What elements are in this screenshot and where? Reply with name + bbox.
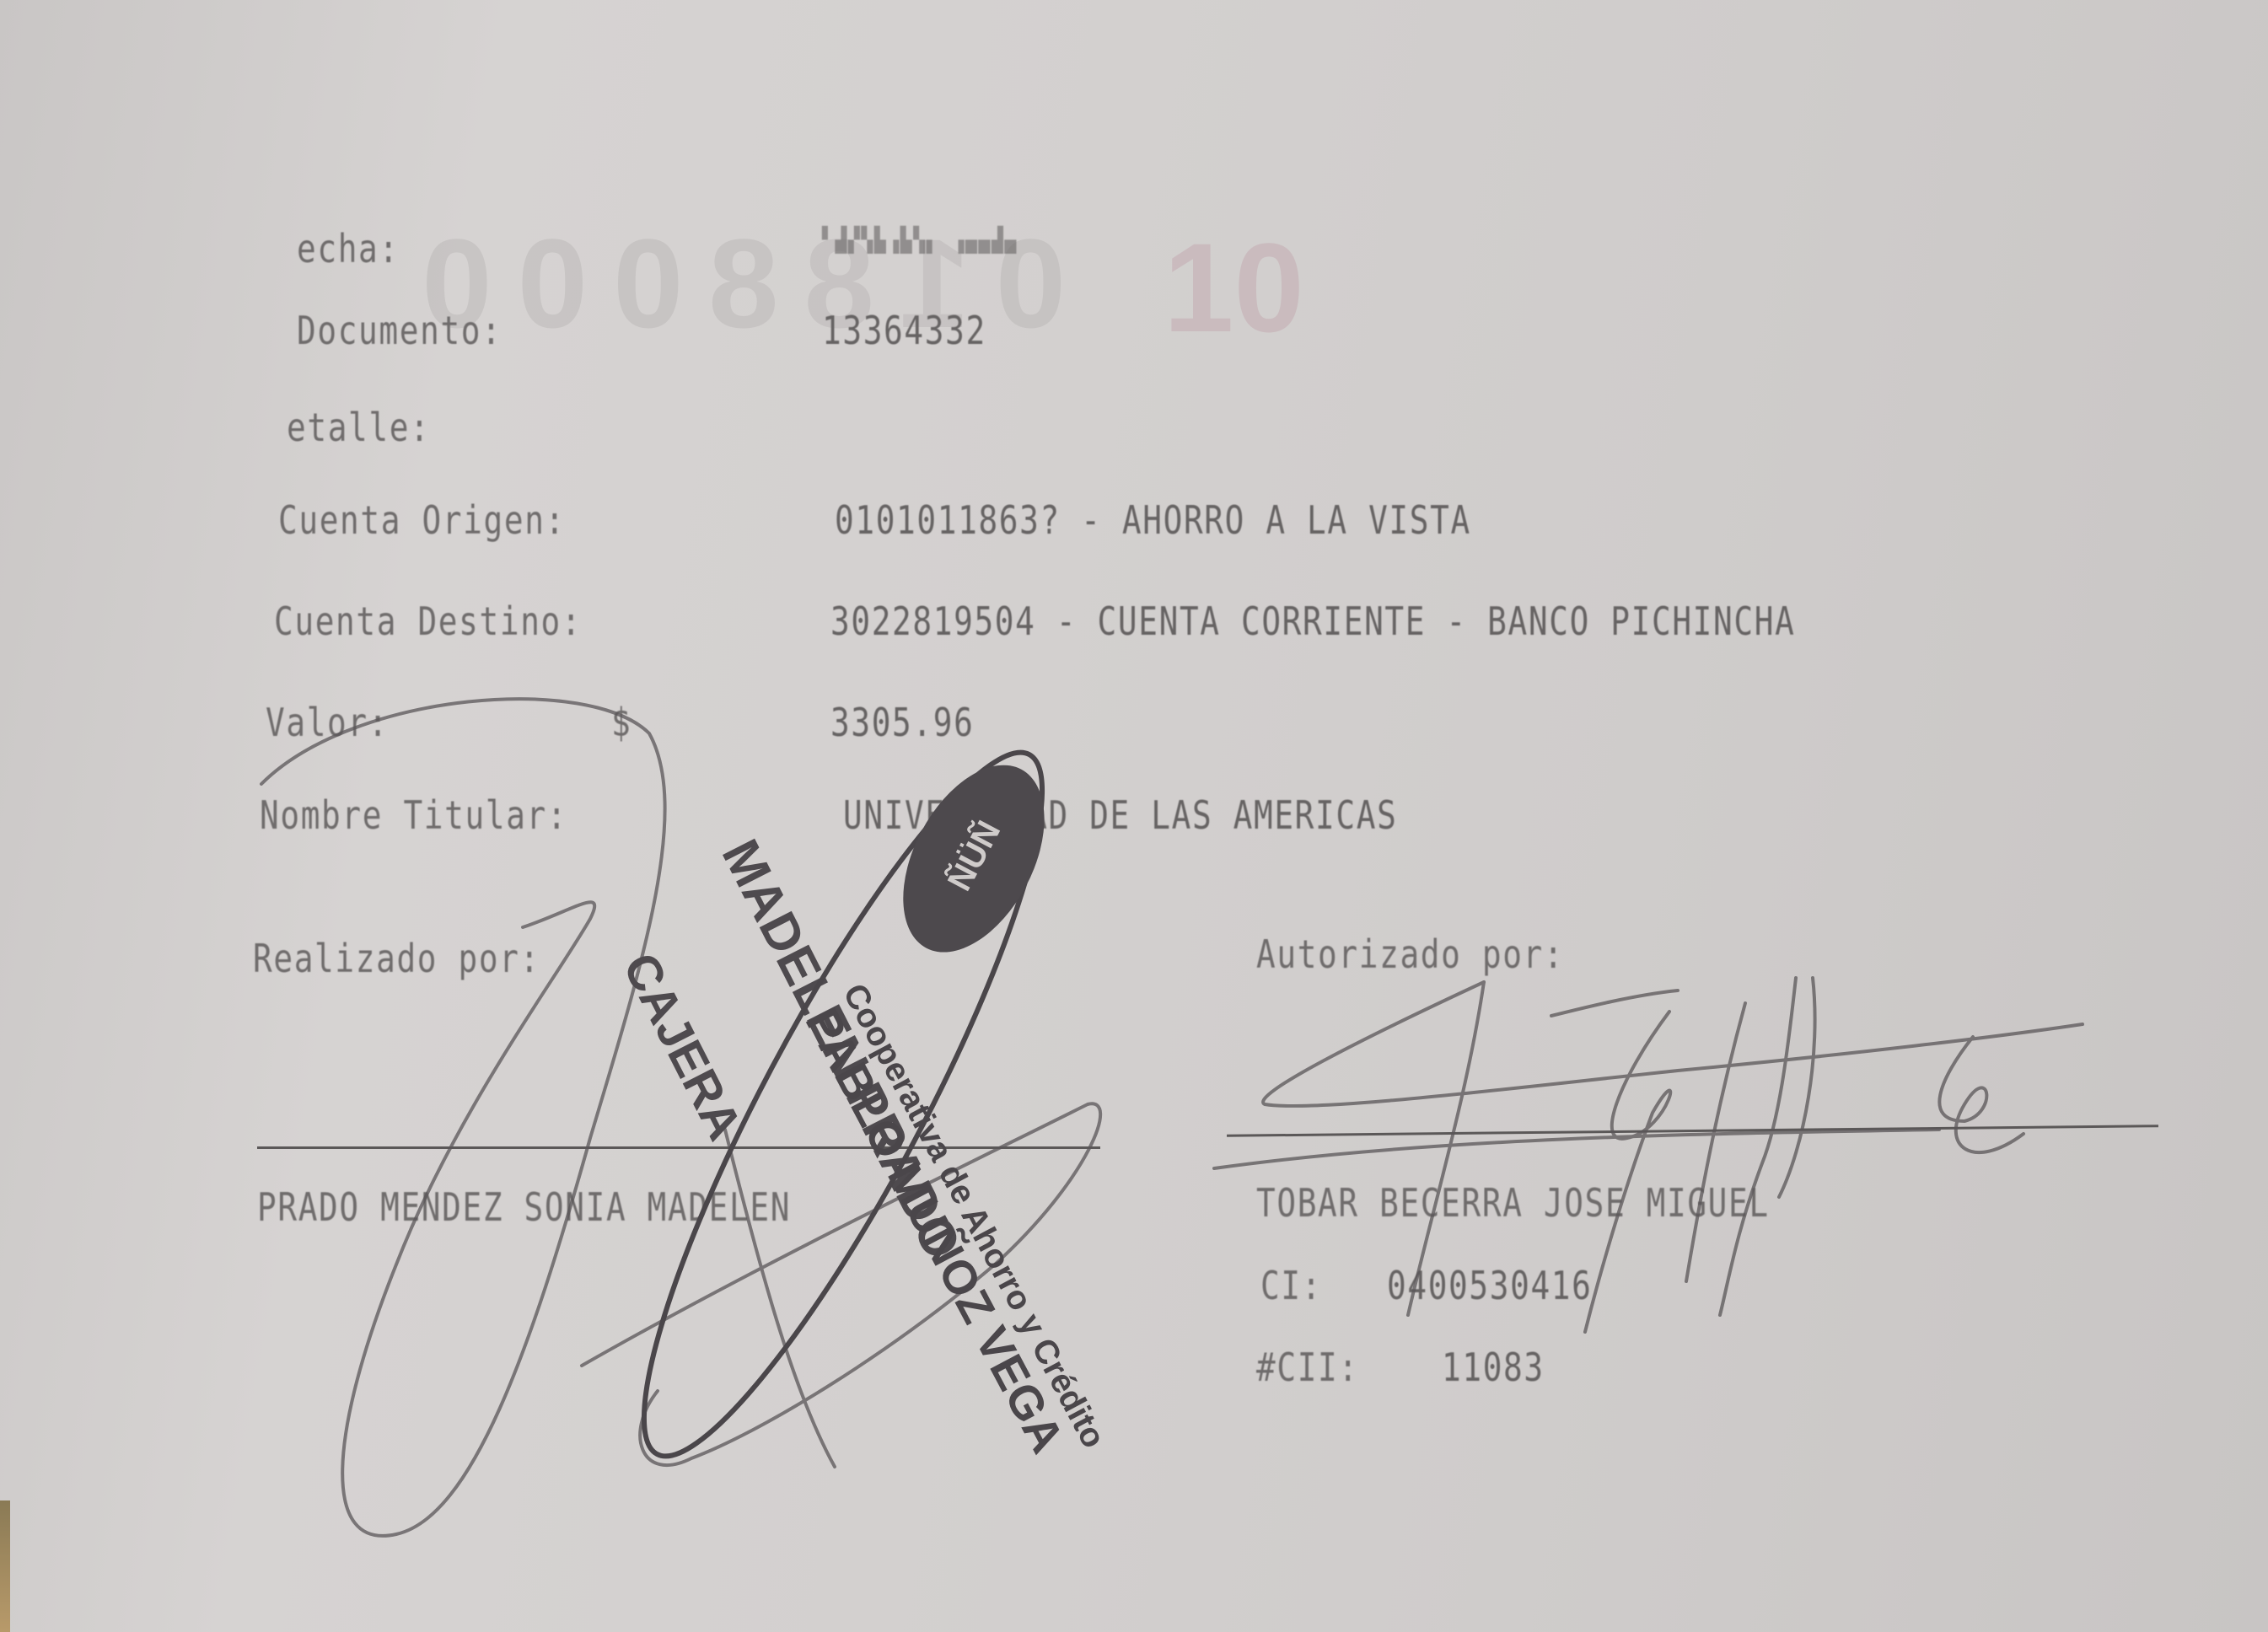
cooperative-stamp-oval: ÑÜÑ [0, 0, 2268, 1632]
